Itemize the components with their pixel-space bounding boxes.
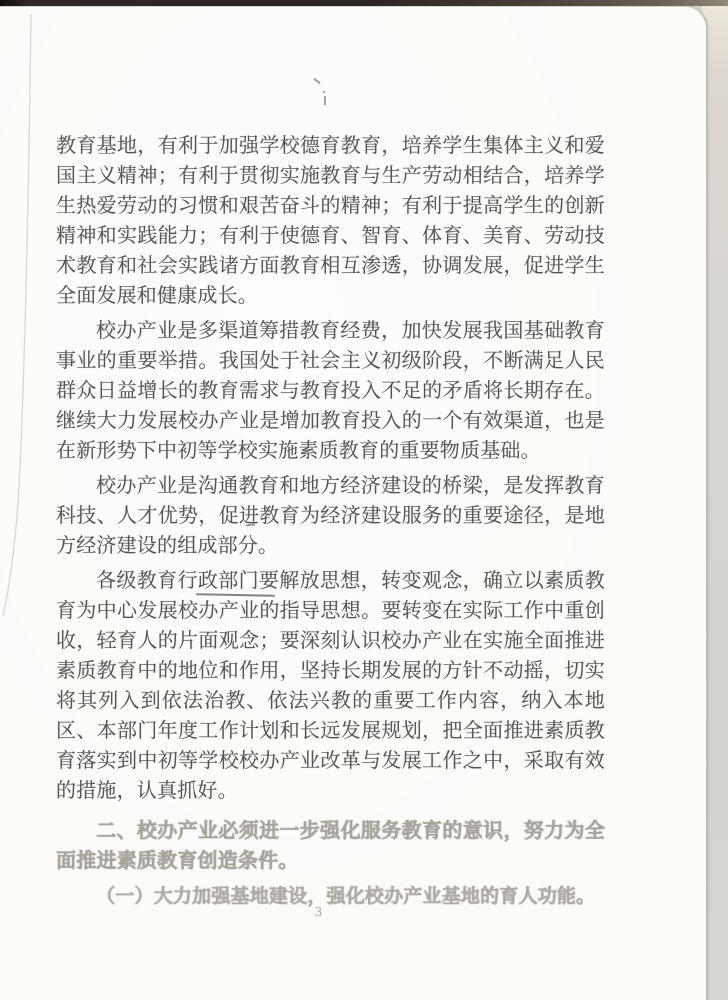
page-number: 3 xyxy=(315,905,322,921)
paragraph-continuation: 教育基地，有利于加强学校德育教育，培养学生集体主义和爱国主义精神；有利于贯彻实施… xyxy=(56,131,605,311)
paragraph: 校办产业是多渠道筹措教育经费，加快发展我国基础教育事业的重要举措。我国处于社会主… xyxy=(56,316,605,466)
scan-top-edge xyxy=(0,0,728,6)
paper-crease xyxy=(0,8,44,648)
scan-smudge-dot xyxy=(323,91,325,93)
paragraph: 各级教育行政部门要解放思想，转变观念，确立以素质教育为中心发展校办产业的指导思想… xyxy=(56,566,605,806)
clause-heading: （一）大力加强基地建设，强化校办产业基地的育人功能。 xyxy=(56,882,605,912)
paragraph: 校办产业是沟通教育和地方经济建设的桥梁，是发挥教育科技、人才优势，促进教育为经济… xyxy=(56,471,605,561)
document-body: 教育基地，有利于加强学校德育教育，培养学生集体主义和爱国主义精神；有利于贯彻实施… xyxy=(56,131,605,912)
section-heading: 二、校办产业必须进一步强化服务教育的意识，努力为全面推进素质教育创造条件。 xyxy=(56,816,605,876)
scanned-page: 教育基地，有利于加强学校德育教育，培养学生集体主义和爱国主义精神；有利于贯彻实施… xyxy=(0,0,728,1000)
scan-smudge-stem xyxy=(324,96,326,105)
